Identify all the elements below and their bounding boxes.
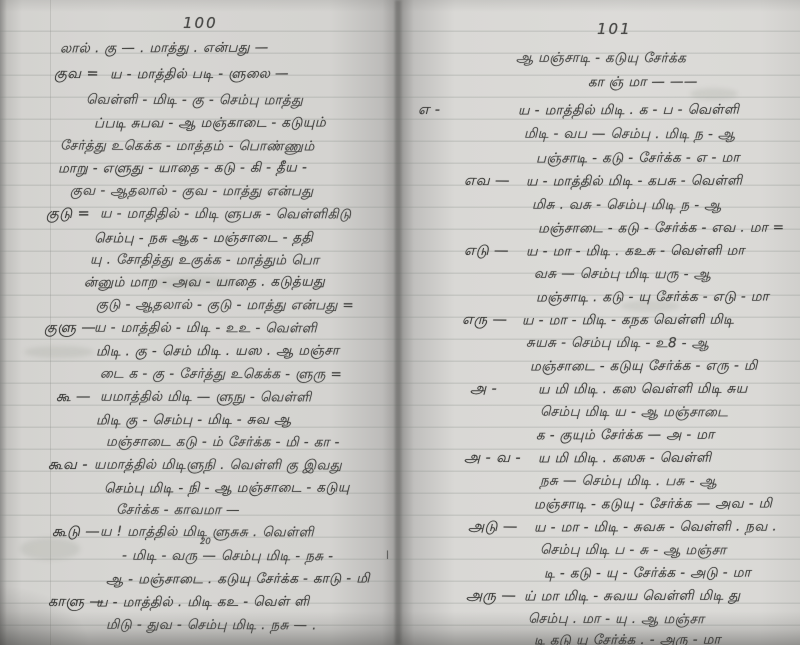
handwritten-line: குவ - ஆதலால் - குவ - மாத்து என்பது [70,181,314,202]
handwritten-line: ய் மா மிடி - சுவய வெள்ளி மிடி து [524,586,741,607]
handwritten-line: மாறு - எளுது - யாதை - கடு - கி - தீய - [58,157,307,178]
entry-marker: கூ — [56,387,91,407]
handwritten-line: வெள்ளி - மிடி - கு - செம்பு மாத்து [86,90,303,111]
handwritten-line: லால் . கு — . மாத்து . என்பது — [60,38,269,59]
handwritten-line: சேர்க்க - காவமா — [116,500,240,520]
binding-gutter-shadow [395,0,401,645]
handwritten-line: செம்பு மிடி ய - ஆ மஞ்சாடை [540,402,728,423]
entry-marker: கூவ - [48,455,88,475]
entry-marker: அரு — [466,586,516,606]
handwritten-line: - மிடி - வரு — செம்பு மிடி - நசு - [122,546,334,567]
handwritten-line: ய - மா - மிடி . கஉசு - வெள்ளி மா [526,241,745,262]
handwritten-line: மஞ்சாடி - கடுயு - சேர்க்க — அவ - மி [534,493,772,514]
handwritten-line: கா ஞ் மா — —— [588,72,698,92]
handwritten-line: ய - மாத்தில் படி - ளுலை — [110,64,289,85]
entry-marker: எவ — [464,171,510,191]
entry-marker: குடு = [46,204,90,224]
handwritten-line: மிசு . வசு - செம்பு மிடி ந - ஆ [532,195,722,216]
handwritten-line: ய - மாதிதில் - மிடி ளுபசு - வெள்ளிகிடு [100,204,351,225]
ink-smudge [24,346,94,358]
handwritten-line: மஞ்சாடை கடு - ம் சேர்க்க - மி - கா - [106,432,340,453]
handwritten-line: | [386,545,389,565]
handwritten-line: டி - கடு - யு - சேர்க்க - அடு - மா [544,563,751,584]
handwritten-line: குடு - ஆதலால் - குடு - மாத்து என்பது = [96,295,354,316]
entry-marker: அ - வ - [464,448,521,468]
handwritten-line: வசு — செம்பு மிடி யரு - ஆ [534,264,711,285]
handwritten-line: செம்பு - நசு ஆக - மஞ்சாடை - ததி [94,228,313,249]
handwritten-line: மிடி கு - செம்பு - மிடி - சுவ ஆ [96,410,292,431]
entry-marker: அடு — [468,517,518,537]
handwritten-line: ய - மாத்தில் - மிடி - உஉ - வெள்ளி [94,318,317,339]
handwritten-line: செம்பு மிடி ப - சு - ஆ மஞ்சா [540,540,727,561]
handwritten-line: ன்னும் மாற - அவ - யாதை . கடுத்யது [84,271,325,292]
handwritten-line: நசு — செம்பு மிடி . பசு - ஆ [540,471,717,492]
handwritten-line: பஞ்சாடி - கடு - சேர்க்க - எ - மா [536,148,740,169]
entry-marker: குளு — [44,318,96,338]
handwritten-line: ப்படி சுபவ - ஆ மஞ்காடை - கடுயும் [94,112,326,133]
page-number-right: 101 [597,20,632,38]
handwritten-line: ஆ - மஞ்சாடை . கடுயு சேர்க்க - காடு - மி [106,568,370,589]
handwritten-line: யமாத்தில் மிடிளுநி . வெள்ளி கு இவது [94,455,342,476]
handwritten-line: ய மி மிடி . கஸசு - வெள்ளி [538,448,712,469]
handwritten-line: ய - மாத்தில் . மிடி கஉ - வெள் ளி [96,592,310,613]
handwritten-line: டை க - கு - சேர்த்து உகெக்க - ளுரு = [100,364,342,385]
page-number-left: 100 [183,14,218,32]
handwritten-line: மஞ்சாடி . கடு - யு சேர்க்க - எடு - மா [536,286,769,307]
notebook-scan: 100 101 லால் . கு — . மாத்து . என்பது —க… [0,0,800,645]
handwritten-line: ய - மா - மிடி - கநக வெள்ளி மிடி [522,310,734,331]
handwritten-line: மிடி - வப — செம்பு . மிடி ந - ஆ [524,124,735,145]
handwritten-line: ஆ மஞ்சாடி - கடுயு சேர்க்க [516,48,686,69]
entry-marker: எரு — [462,310,508,330]
entry-marker: குவ = [54,64,99,84]
handwritten-line: யமாத்தில் மிடி — ளுநு - வெள்ளி [100,387,312,408]
handwritten-line: மஞ்சாடை - கடு - சேர்க்க - எவ . மா = [538,217,785,238]
entry-marker: எ - [418,100,440,120]
bottom-edge-shadow [0,611,800,645]
handwritten-line: ய - மா - மிடி - சுவசு - வெள்ளி . நவ . [534,516,777,537]
handwritten-line: ய - மாத்தில் மிடி - கபசு - வெள்ளி [526,171,743,192]
handwritten-line: க - குயும் சேர்க்க — அ - மா [536,425,715,446]
handwritten-line: மிடி . கு - செம் மிடி . யஸ . ஆ மஞ்சா [96,340,339,361]
corner-shadow [0,585,90,645]
entry-marker: எடு — [464,241,509,261]
entry-marker: கூடு — [52,522,100,542]
handwritten-line: ய - மாத்தில் மிடி . க - ப - வெள்ளி [518,100,739,121]
handwritten-line: ய மி மிடி . கஸ வெள்ளி மிடி சுய [538,379,748,400]
handwritten-line: யு . சோதித்து உகுக்க - மாத்தும் பொ [90,250,319,271]
handwritten-line: சேர்த்து உகெக்க - மாத்தம் - பொண்ணும் [60,136,315,157]
entry-marker: அ - [470,379,497,399]
handwritten-line: மஞ்சாடை - கடுயு சேர்க்க - எரு - மி [530,356,758,377]
handwritten-line: செம்பு மிடி - நி - ஆ மஞ்சாடை - கடுயு [104,477,350,498]
handwritten-line: சுயசு - செம்பு மிடி - உ8 - ஆ [526,333,709,354]
